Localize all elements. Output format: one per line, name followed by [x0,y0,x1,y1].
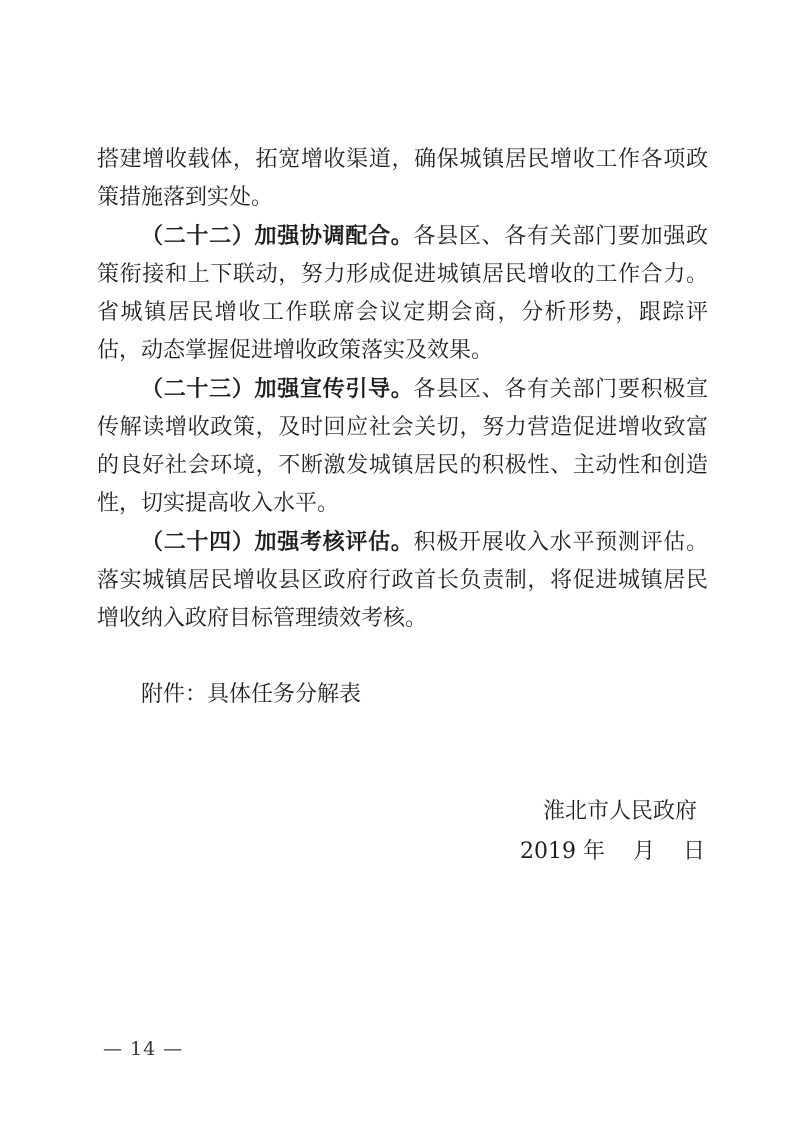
paragraph-continuation: 搭建增收载体，拓宽增收渠道，确保城镇居民增收工作各项政策措施落到实处。 [97,140,708,217]
section-heading-22: （二十二）加强协调配合。 [141,223,414,249]
paragraph-section-24: （二十四）加强考核评估。积极开展收入水平预测评估。落实城镇居民增收县区政府行政首… [97,523,708,638]
paragraph-section-22: （二十二）加强协调配合。各县区、各有关部门要加强政策衔接和上下联动，努力形成促进… [97,217,708,370]
section-heading-23: （二十三）加强宣传引导。 [141,376,414,402]
signature-issuer: 淮北市人民政府 [543,799,697,825]
signature-date-day: 日 [683,839,705,865]
document-page: 搭建增收载体，拓宽增收渠道，确保城镇居民增收工作各项政策措施落到实处。 （二十二… [0,0,793,1122]
page-number: — 14 — [103,1038,183,1060]
paragraph-text: 搭建增收载体，拓宽增收渠道，确保城镇居民增收工作各项政策措施落到实处。 [97,147,708,210]
signature-date-month: 月 [633,839,655,865]
body-text: 搭建增收载体，拓宽增收渠道，确保城镇居民增收工作各项政策措施落到实处。 （二十二… [97,140,708,714]
attachment-note: 附件：具体任务分解表 [97,676,708,714]
signature-date-year: 2019 年 [520,839,605,865]
section-heading-24: （二十四）加强考核评估。 [141,529,414,555]
paragraph-section-23: （二十三）加强宣传引导。各县区、各有关部门要积极宣传解读增收政策，及时回应社会关… [97,370,708,523]
signature-date: 2019 年 月 日 [520,839,705,865]
